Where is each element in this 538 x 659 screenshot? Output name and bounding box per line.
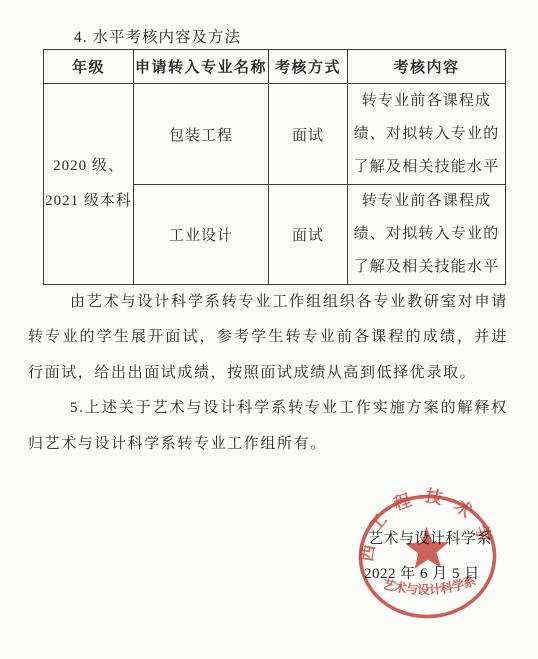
method-cell: 面试	[269, 84, 348, 185]
table-header-row: 年级 申请转入专业名称 考核方式 考核内容	[44, 50, 506, 84]
header-content: 考核内容	[348, 50, 506, 84]
grade-line-2: 2021 级本科	[45, 193, 132, 209]
content-cell: 转专业前各课程成绩、对拟转入专业的了解及相关技能水平	[348, 185, 506, 285]
section-heading: 4. 水平考核内容及方法	[74, 25, 241, 47]
header-grade: 年级	[44, 50, 134, 84]
header-major: 申请转入专业名称	[134, 50, 269, 84]
major-cell: 工业设计	[134, 185, 269, 285]
content-cell: 转专业前各课程成绩、对拟转入专业的了解及相关技能水平	[348, 84, 506, 185]
table-row: 2020 级、 2021 级本科 包装工程 面试 转专业前各课程成绩、对拟转入专…	[44, 84, 506, 185]
paragraph-interview-process: 由艺术与设计科学系转专业工作组组织各专业教研室对申请转专业的学生展开面试，参考学…	[28, 285, 508, 391]
method-cell: 面试	[269, 185, 348, 285]
body-text: 由艺术与设计科学系转专业工作组组织各专业教研室对申请转专业的学生展开面试，参考学…	[28, 285, 508, 462]
grade-line-1: 2020 级、	[53, 158, 124, 174]
official-seal-stamp: 西工程技术学 艺术与设计科学系	[350, 483, 507, 628]
major-cell: 包装工程	[134, 84, 269, 185]
document-page: 4. 水平考核内容及方法 年级 申请转入专业名称 考核方式 考核内容 2020 …	[0, 0, 538, 659]
header-method: 考核方式	[269, 50, 348, 84]
seal-arc-bottom-text: 艺术与设计科学系	[381, 572, 479, 599]
grade-cell: 2020 级、 2021 级本科	[44, 84, 134, 285]
assessment-table: 年级 申请转入专业名称 考核方式 考核内容 2020 级、 2021 级本科 包…	[43, 49, 506, 285]
seal-star-icon	[405, 526, 450, 569]
paragraph-interpretation-rights: 5.上述关于艺术与设计科学系转专业工作实施方案的解释权归艺术与设计科学系转专业工…	[28, 391, 508, 462]
